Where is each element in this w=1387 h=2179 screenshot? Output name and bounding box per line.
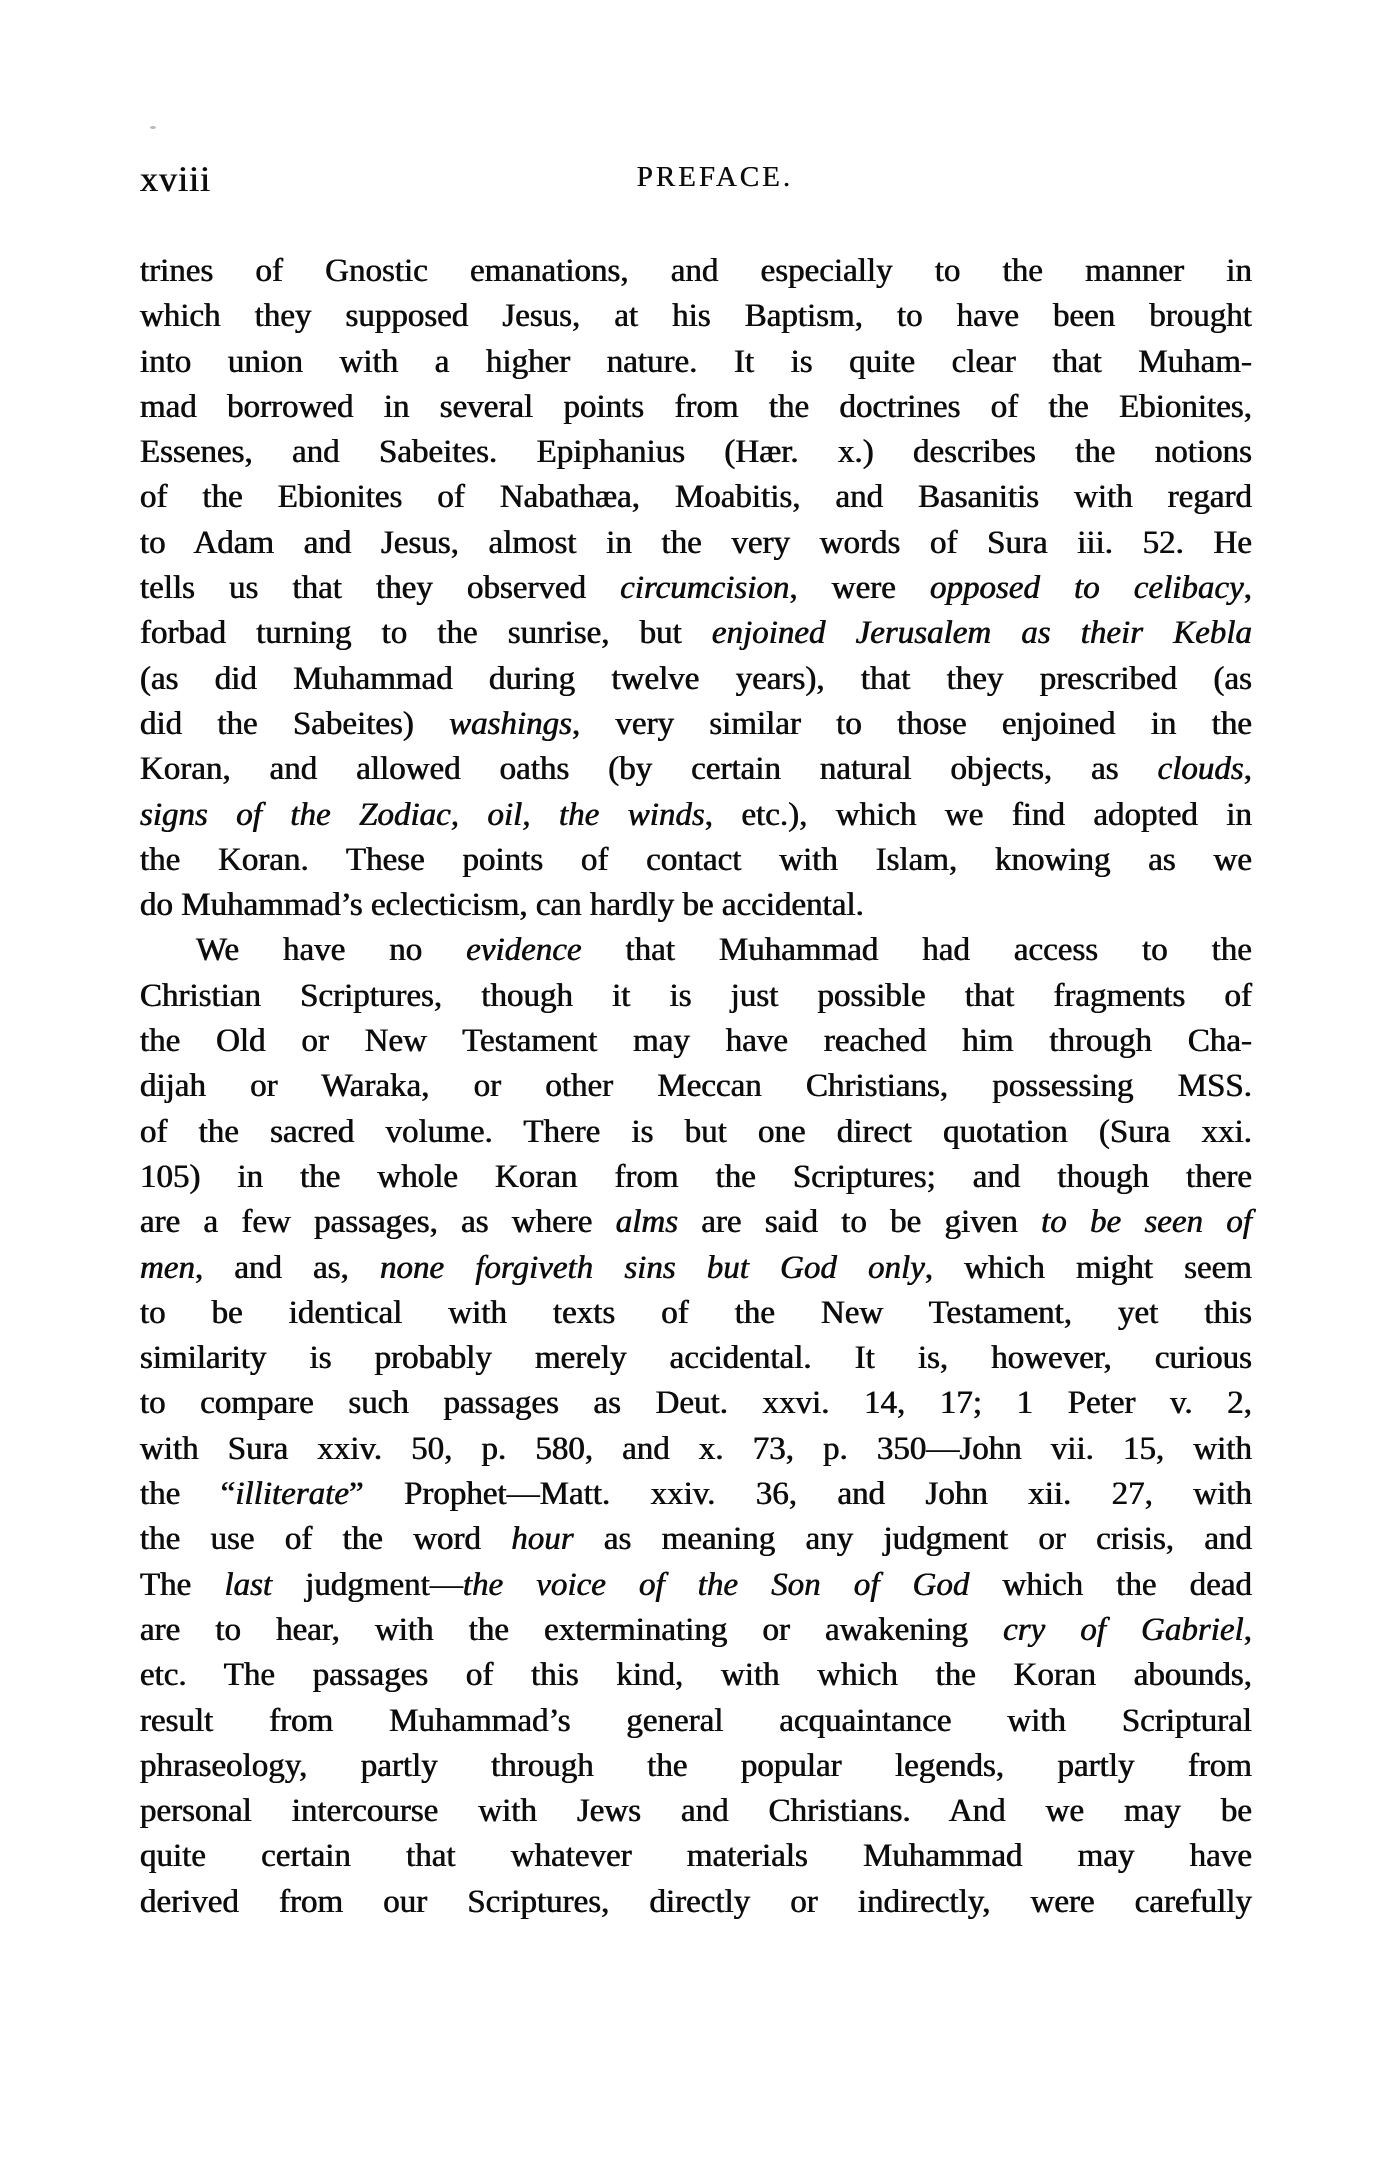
text-segment: are to hear, with the exterminating or a… [140, 1612, 1003, 1648]
text-segment: to Adam and Jesus, almost in the very wo… [140, 525, 1252, 561]
text-line: trines of Gnostic emanations, and especi… [140, 249, 1252, 294]
text-segment: derived from our Scriptures, directly or… [140, 1884, 1252, 1920]
text-segment-italic: illiterate [235, 1476, 349, 1512]
text-line: forbad turning to the sunrise, but enjoi… [140, 611, 1252, 656]
text-line: are to hear, with the exterminating or a… [140, 1608, 1252, 1653]
text-line: (as did Muhammad during twelve years), t… [140, 657, 1252, 702]
text-segment: personal intercourse with Jews and Chris… [140, 1793, 1252, 1829]
text-segment-italic: evidence [466, 932, 581, 968]
page-header: xviii PREFACE. [140, 158, 1252, 202]
text-segment: of the Ebionites of Nabathæa, Moabitis, … [140, 479, 1252, 515]
text-line: mad borrowed in several points from the … [140, 385, 1252, 430]
text-segment: are a few passages, as where [140, 1204, 616, 1240]
text-segment: that Muhammad had access to the [582, 932, 1252, 968]
text-segment: , [1244, 751, 1252, 787]
text-segment: phraseology, partly through the popular … [140, 1748, 1252, 1784]
text-line: of the Ebionites of Nabathæa, Moabitis, … [140, 475, 1252, 520]
text-segment: similarity is probably merely accidental… [140, 1340, 1252, 1376]
text-segment: 105) in the whole Koran from the Scriptu… [140, 1159, 1252, 1195]
text-line: 105) in the whole Koran from the Scriptu… [140, 1155, 1252, 1200]
text-segment: to compare such passages as Deut. xxvi. … [140, 1385, 1252, 1421]
text-line: Christian Scriptures, though it is just … [140, 974, 1252, 1019]
text-segment: are said to be given [678, 1204, 1041, 1240]
text-segment: to be identical with texts of the New Te… [140, 1295, 1252, 1331]
text-segment: , [1244, 570, 1252, 606]
text-segment-italic: men [140, 1250, 195, 1286]
text-segment: of the sacred volume. There is but one d… [140, 1114, 1252, 1150]
text-segment: ” Prophet—Matt. xxiv. 36, and John xii. … [349, 1476, 1252, 1512]
text-line: The last judgment—the voice of the Son o… [140, 1563, 1252, 1608]
text-segment: etc. The passages of this kind, with whi… [140, 1657, 1252, 1693]
text-segment: forbad turning to the sunrise, but [140, 615, 712, 651]
text-segment-italic: hour [511, 1521, 573, 1557]
text-line: into union with a higher nature. It is q… [140, 340, 1252, 385]
text-line: did the Sabeites) washings, very similar… [140, 702, 1252, 747]
text-segment-italic: none forgiveth sins but God only [380, 1250, 925, 1286]
text-line: personal intercourse with Jews and Chris… [140, 1789, 1252, 1834]
text-segment-italic: cry of Gabriel [1003, 1612, 1244, 1648]
text-line: Essenes, and Sabeites. Epiphanius (Hær. … [140, 430, 1252, 475]
text-segment: We have no [196, 932, 466, 968]
text-line: Koran, and allowed oaths (by certain nat… [140, 747, 1252, 792]
text-line: quite certain that whatever materials Mu… [140, 1834, 1252, 1879]
text-segment: the use of the word [140, 1521, 511, 1557]
text-line: etc. The passages of this kind, with whi… [140, 1653, 1252, 1698]
text-segment: quite certain that whatever materials Mu… [140, 1838, 1252, 1874]
text-segment: , and as, [195, 1250, 380, 1286]
text-segment: as meaning any judgment or crisis, and [574, 1521, 1252, 1557]
text-line: to Adam and Jesus, almost in the very wo… [140, 521, 1252, 566]
text-segment: , very similar to those enjoined in the [572, 706, 1252, 742]
text-segment: with Sura xxiv. 50, p. 580, and x. 73, p… [140, 1431, 1252, 1467]
text-segment: , etc.), which we find adopted in [705, 797, 1252, 833]
text-segment: , which might seem [925, 1250, 1252, 1286]
text-line: similarity is probably merely accidental… [140, 1336, 1252, 1381]
text-segment: which the dead [969, 1567, 1252, 1603]
text-line: signs of the Zodiac, oil, the winds, etc… [140, 793, 1252, 838]
text-segment-italic: washings [449, 706, 572, 742]
text-line: phraseology, partly through the popular … [140, 1744, 1252, 1789]
text-segment: dijah or Waraka, or other Meccan Christi… [140, 1068, 1252, 1104]
text-line: the “illiterate” Prophet—Matt. xxiv. 36,… [140, 1472, 1252, 1517]
text-segment-italic: alms [616, 1204, 678, 1240]
text-line: men, and as, none forgiveth sins but God… [140, 1246, 1252, 1291]
text-segment: Christian Scriptures, though it is just … [140, 978, 1252, 1014]
text-segment: trines of Gnostic emanations, and especi… [140, 253, 1252, 289]
text-segment-italic: the voice of the Son of God [463, 1567, 970, 1603]
text-segment: The [140, 1567, 224, 1603]
text-line: are a few passages, as where alms are sa… [140, 1200, 1252, 1245]
text-segment: , were [789, 570, 930, 606]
running-title: PREFACE. [637, 161, 793, 194]
text-line: derived from our Scriptures, directly or… [140, 1880, 1252, 1925]
text-segment: do Muhammad’s eclecticism, can hardly be… [140, 887, 864, 923]
text-segment: Essenes, and Sabeites. Epiphanius (Hær. … [140, 434, 1252, 470]
text-line: to compare such passages as Deut. xxvi. … [140, 1381, 1252, 1426]
scanned-book-page: xviii PREFACE. trines of Gnostic emanati… [0, 0, 1387, 2179]
text-line: tells us that they observed circumcision… [140, 566, 1252, 611]
text-segment: the Koran. These points of contact with … [140, 842, 1252, 878]
text-line: the Old or New Testament may have reache… [140, 1019, 1252, 1064]
text-line: result from Muhammad’s general acquainta… [140, 1699, 1252, 1744]
text-segment: which they supposed Jesus, at his Baptis… [140, 298, 1252, 334]
text-segment: did the Sabeites) [140, 706, 449, 742]
text-segment: mad borrowed in several points from the … [140, 389, 1252, 425]
text-segment: judgment— [272, 1567, 463, 1603]
text-segment: Koran, and allowed oaths (by certain nat… [140, 751, 1158, 787]
text-line: We have no evidence that Muhammad had ac… [140, 928, 1252, 973]
text-segment: (as did Muhammad during twelve years), t… [140, 661, 1252, 697]
text-line: which they supposed Jesus, at his Baptis… [140, 294, 1252, 339]
page-body: trines of Gnostic emanations, and especi… [140, 249, 1252, 1925]
text-segment-italic: signs of the Zodiac, oil, the winds [140, 797, 705, 833]
text-line: the use of the word hour as meaning any … [140, 1517, 1252, 1562]
text-segment: the “ [140, 1476, 235, 1512]
text-segment: result from Muhammad’s general acquainta… [140, 1703, 1252, 1739]
scan-artifact-speck [150, 126, 156, 129]
text-segment-italic: to be seen of [1041, 1204, 1252, 1240]
text-segment-italic: clouds [1158, 751, 1244, 787]
text-segment-italic: circumcision [620, 570, 789, 606]
text-line: do Muhammad’s eclecticism, can hardly be… [140, 883, 1252, 928]
text-segment: into union with a higher nature. It is q… [140, 344, 1252, 380]
text-line: dijah or Waraka, or other Meccan Christi… [140, 1064, 1252, 1109]
text-line: the Koran. These points of contact with … [140, 838, 1252, 883]
text-segment: the Old or New Testament may have reache… [140, 1023, 1252, 1059]
text-segment: tells us that they observed [140, 570, 620, 606]
text-line: of the sacred volume. There is but one d… [140, 1110, 1252, 1155]
text-line: with Sura xxiv. 50, p. 580, and x. 73, p… [140, 1427, 1252, 1472]
page-number: xviii [140, 158, 211, 200]
text-segment-italic: enjoined Jerusalem as their Kebla [712, 615, 1252, 651]
text-segment-italic: opposed to celibacy [930, 570, 1244, 606]
text-segment-italic: last [224, 1567, 272, 1603]
text-segment: , [1244, 1612, 1252, 1648]
text-line: to be identical with texts of the New Te… [140, 1291, 1252, 1336]
